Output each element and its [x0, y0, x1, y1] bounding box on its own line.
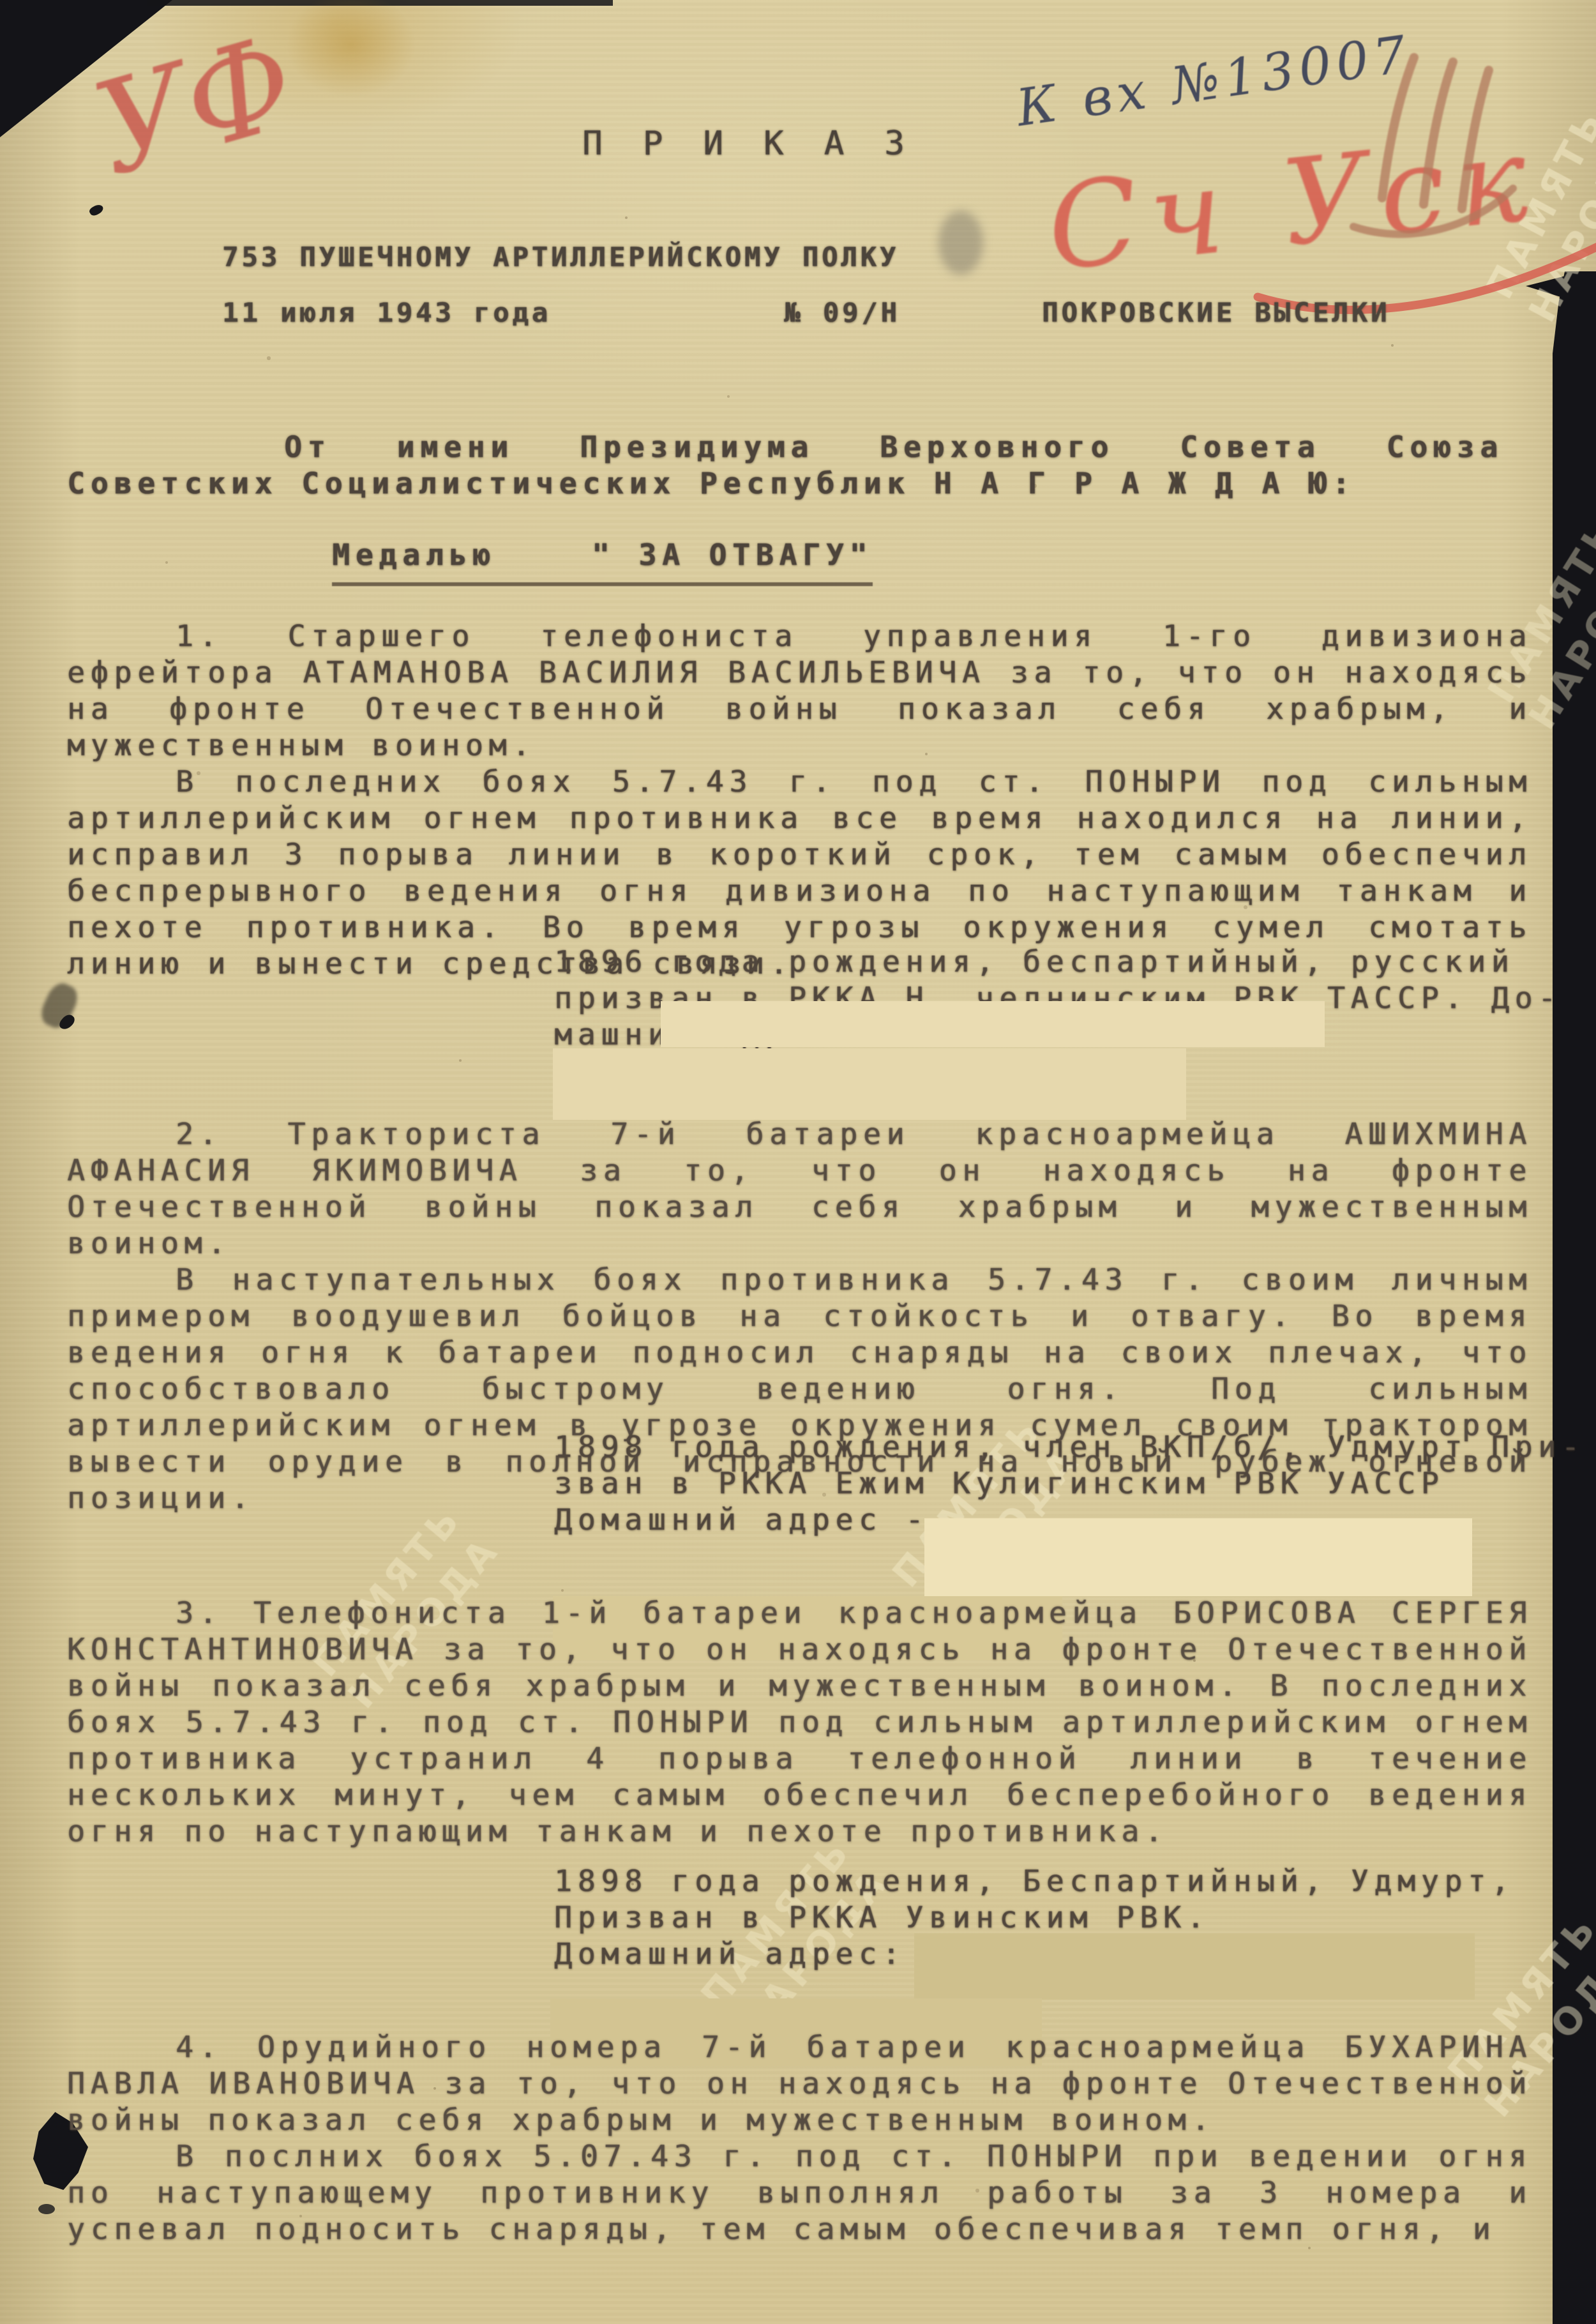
order-place: ПОКРОВСКИЕ ВЫСЕЛКИ: [1042, 297, 1390, 328]
entry-4-citation: 4. Орудийного номера 7-й батареи красноа…: [67, 2029, 1532, 2138]
award-entry-1: 1. Старшего телефониста управления 1-го …: [67, 618, 1532, 982]
bio-line: зван в РККА Ежим Кулигинским РВК УАССР: [554, 1465, 1585, 1502]
medal-label: Медалью: [332, 538, 496, 572]
bio-line: 1898 года рождения, Беспартийный, Удмурт…: [554, 1863, 1514, 1899]
paper-stain: [281, 0, 421, 102]
medal-line: Медалью" ЗА ОТВАГУ": [332, 538, 873, 572]
bio-line: Призван в РККА Увинским РВК.: [554, 1899, 1514, 1936]
paper-speck: [38, 2204, 55, 2214]
preamble: От имени Президиума Верховного Совета Со…: [67, 429, 1503, 502]
preamble-text: От имени Президиума Верховного Совета Со…: [67, 429, 1503, 502]
scanned-document-page: ПАМЯТЬ НАРОДА ПАМЯТЬ НАРОДА ПАМЯТЬ НАРОД…: [0, 0, 1596, 2324]
gray-smudge: [938, 211, 983, 275]
award-entry-3: 3. Телефониста 1-й батареи красноармейца…: [67, 1595, 1532, 1850]
award-entry-4: 4. Орудийного номера 7-й батареи красноа…: [67, 2029, 1532, 2247]
order-number: № 09/Н: [784, 297, 900, 328]
bio-line: 1898 года рождения, член ВКП/б/, Удмурт …: [554, 1429, 1585, 1465]
redaction-block: [661, 1001, 1325, 1047]
redaction-block: [924, 1518, 1472, 1596]
regiment-line: 753 ПУШЕЧНОМУ АРТИЛЛЕРИЙСКОМУ ПОЛКУ: [222, 241, 899, 273]
redaction-block: [553, 1048, 1186, 1120]
medal-name: " ЗА ОТВАГУ": [592, 538, 873, 572]
redaction-block: [914, 1933, 1475, 2000]
document-title: П Р И К А З: [582, 124, 914, 163]
entry-1-citation: 1. Старшего телефониста управления 1-го …: [67, 618, 1532, 764]
brown-tally-strokes: [1328, 35, 1519, 252]
medal-underlined-segment: Медалью" ЗА ОТВАГУ": [332, 538, 873, 586]
paper-noise: [0, 0, 1, 1]
entry-4-action: В послних боях 5.07.43 г. под ст. ПОНЫРИ…: [67, 2138, 1532, 2247]
bio-line: 1896 года рождения, беспартийный, русски…: [554, 944, 1562, 980]
order-date: 11 июля 1943 года: [222, 297, 551, 328]
entry-2-citation: 2. Тракториста 7-й батареи красноармейца…: [67, 1116, 1532, 1262]
paper-speck: [88, 202, 105, 217]
entry-3-citation: 3. Телефониста 1-й батареи красноармейца…: [67, 1595, 1532, 1850]
